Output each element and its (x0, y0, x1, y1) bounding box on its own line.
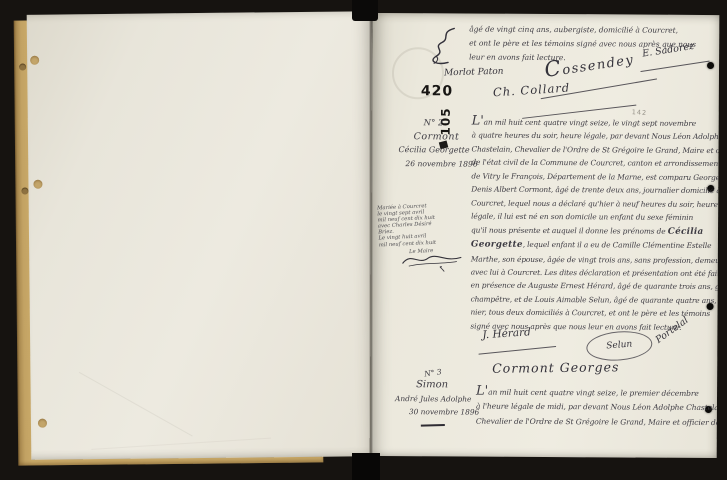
act2-margin-date: 30 novembre 1896 (409, 407, 479, 416)
act2-margin-given-names: André Jules Adolphe (395, 394, 471, 403)
punch-hole (33, 180, 42, 189)
right-page-manuscript: âgé de vingt cinq ans, aubergiste, domic… (370, 13, 720, 458)
handwritten-line: L'an mil huit cent quatre vingt seize, l… (476, 385, 719, 402)
margin-check-mark: ✓ (435, 264, 447, 274)
signature-officer: Ch. Collard (493, 80, 571, 99)
page-gutter (369, 13, 373, 459)
signature-witness-circled: Selun (585, 329, 653, 363)
handwritten-line: nier, tous deux domiciliés à Courcret, e… (470, 306, 712, 321)
act1-margin-number: N° 2 (424, 118, 444, 128)
act1-margin-date: 26 novembre 1896 (405, 159, 477, 168)
paper-crease (79, 372, 193, 437)
act1-marriage-note: Mariée à Courcret le vingt sept avril mi… (377, 201, 475, 256)
act2-margin-number: N° 3 (424, 367, 443, 378)
signature-father: Cormont Georges (492, 359, 619, 375)
stamp-folio-number: 420 (421, 83, 453, 99)
ink-flourish-icon (422, 25, 466, 67)
handwritten-line: à quatre heures du soir, heure légale, p… (472, 129, 714, 144)
act1-margin-given-names: Cécilia Georgette (398, 145, 469, 154)
handwritten-line: Chevalier de l'Ordre de St Grégoire le G… (476, 414, 720, 430)
margin-underline (421, 424, 445, 427)
binding-clamp-top (352, 0, 378, 21)
mayor-signature-flourish (401, 250, 463, 268)
handwritten-line: à l'heure légale de midi, par devant Nou… (476, 400, 719, 416)
left-page-blank (27, 11, 377, 460)
act2-body-text: L'an mil huit cent quatre vingt seize, l… (476, 385, 720, 431)
signature-witness: Morlot Paton (444, 67, 504, 79)
child-second-name: Georgette (471, 240, 523, 250)
handwritten-line: âgé de vingt cinq ans, aubergiste, domic… (469, 23, 696, 38)
handwritten-line: Georgette, lequel enfant il a eu de Cami… (471, 238, 713, 254)
signature-witness: J. Hérard (482, 326, 531, 341)
handwritten-line: Denis Albert Cormont, âgé de trente deux… (471, 183, 713, 198)
act2-margin-surname: Simon (416, 379, 448, 390)
act1-margin-surname: Cormont (414, 131, 460, 142)
binding-hole-dot (707, 62, 714, 69)
handwritten-line: qu'il nous présente et auquel il donne l… (471, 223, 713, 239)
binding-clamp-bottom (352, 453, 380, 480)
child-first-name: Cécilia (668, 226, 704, 236)
punch-hole (30, 56, 39, 65)
register-scan: âgé de vingt cinq ans, aubergiste, domic… (0, 0, 727, 480)
handwritten-line: L'an mil huit cent quatre vingt seize, l… (472, 115, 714, 131)
act1-body-text: L'an mil huit cent quatre vingt seize, l… (470, 115, 713, 335)
paper-crease (91, 438, 271, 450)
signature-witness: Selun (586, 330, 652, 361)
punch-hole (38, 419, 47, 428)
handwritten-line: légale, il lui est né en son domicile un… (471, 210, 713, 225)
backing-hole (19, 63, 26, 70)
handwritten-line: en présence de Auguste Ernest Hérard, âg… (471, 279, 713, 294)
backing-hole (21, 187, 28, 194)
handwritten-line: de l'état civil de la Commune de Courcre… (471, 156, 713, 171)
signature-flourish (478, 346, 556, 355)
